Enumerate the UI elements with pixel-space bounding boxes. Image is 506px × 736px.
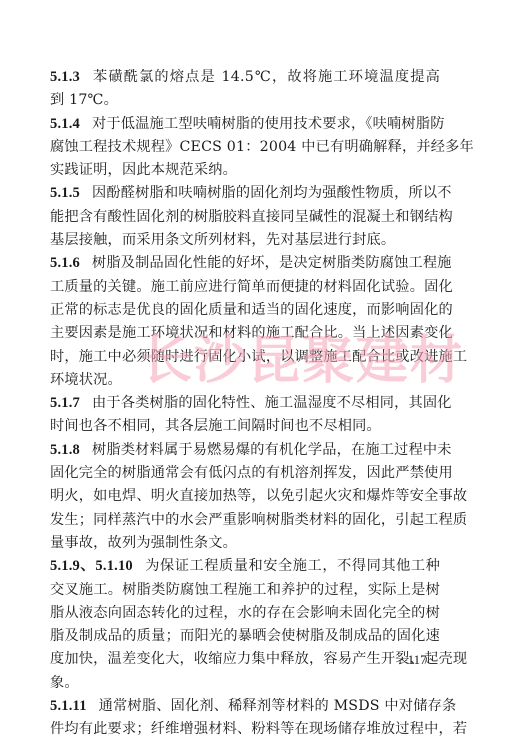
line-text: 交叉施工。树脂类防腐蚀工程施工和养护的过程，实际上是树 — [50, 582, 440, 598]
line-text: 件均有此要求；纤维增强材料、粉料等在现场储存堆放过程中，若 — [50, 721, 467, 736]
page-number: · 117 · — [400, 652, 434, 668]
text-line: 基层接触，而采用条文所列材料，先对基层进行封底。 — [50, 229, 440, 252]
line-text: 象。 — [50, 675, 79, 691]
text-line: 5.1.4对于低温施工型呋喃树脂的使用技术要求，《呋喃树脂防 — [50, 113, 440, 136]
clause-number: 5.1.7 — [50, 395, 80, 411]
text-line: 腐蚀工程技术规程》CECS 01：2004 中已有明确解释，并经多年 — [50, 136, 440, 159]
line-text: 为保证工程质量和安全施工，不得同其他工种 — [145, 558, 440, 574]
text-line: 实践证明，因此本规范采纳。 — [50, 159, 440, 182]
line-text: 时，施工中必须随时进行固化小试，以调整施工配合比或改进施工 — [50, 349, 467, 365]
line-text: 对于低温施工型呋喃树脂的使用技术要求，《呋喃树脂防 — [92, 116, 445, 132]
text-line: 固化完全的树脂通常会有低闪点的有机溶剂挥发，因此严禁使用 — [50, 462, 440, 485]
text-line: 发生；同样蒸汽中的水会严重影响树脂类材料的固化，引起工程质 — [50, 509, 440, 532]
text-line: 象。 — [50, 672, 440, 695]
text-line: 度加快，温差变化大，收缩应力集中释放，容易产生开裂、起壳现 — [50, 648, 440, 671]
text-line: 5.1.5因酚醛树脂和呋喃树脂的固化剂均为强酸性物质，所以不 — [50, 182, 440, 205]
line-text: 苯磺酰氯的熔点是 14.5℃，故将施工环境温度提高 — [92, 69, 440, 85]
clause-number: 5.1.5 — [50, 185, 80, 201]
line-text: 通常树脂、固化剂、稀释剂等材料的 MSDS 中对储存条 — [99, 698, 457, 714]
line-text: 树脂类材料属于易燃易爆的有机化学品，在施工过程中未 — [92, 442, 452, 458]
line-text: 发生；同样蒸汽中的水会严重影响树脂类材料的固化，引起工程质 — [50, 512, 467, 528]
text-line: 5.1.6树脂及制品固化性能的好坏，是决定树脂类防腐蚀工程施 — [50, 252, 440, 275]
text-line: 正常的标志是优良的固化质量和适当的固化速度，而影响固化的 — [50, 299, 440, 322]
text-line: 环境状况。 — [50, 369, 440, 392]
line-text: 主要因素是施工环境状况和材料的施工配合比。当上述因素变化 — [50, 325, 453, 341]
line-text: 工质量的关键。施工前应进行简单而便捷的材料固化试验。固化 — [50, 279, 453, 295]
clause-number: 5.1.8 — [50, 442, 80, 458]
line-text: 实践证明，因此本规范采纳。 — [50, 162, 237, 178]
line-text: 脂从液态向固态转化的过程，水的存在会影响未固化完全的树 — [50, 605, 440, 621]
text-line: 工质量的关键。施工前应进行简单而便捷的材料固化试验。固化 — [50, 276, 440, 299]
text-line: 时，施工中必须随时进行固化小试，以调整施工配合比或改进施工 — [50, 346, 440, 369]
clause-number: 5.1.9、5.1.10 — [50, 558, 133, 574]
clause-number: 5.1.4 — [50, 116, 80, 132]
line-text: 时间也各不相同，其各层施工间隔时间也不尽相同。 — [50, 418, 381, 434]
line-text: 固化完全的树脂通常会有低闪点的有机溶剂挥发，因此严禁使用 — [50, 465, 453, 481]
clause-number: 5.1.6 — [50, 255, 80, 271]
text-line: 5.1.9、5.1.10为保证工程质量和安全施工，不得同其他工种 — [50, 555, 440, 578]
line-text: 由于各类树脂的固化特性、施工温湿度不尽相同，其固化 — [92, 395, 452, 411]
line-text: 明火，如电焊、明火直接加热等，以免引起火灾和爆炸等安全事故 — [50, 488, 467, 504]
line-text: 环境状况。 — [50, 372, 122, 388]
line-text: 量事故，故列为强制性条文。 — [50, 535, 237, 551]
text-line: 5.1.7由于各类树脂的固化特性、施工温湿度不尽相同，其固化 — [50, 392, 440, 415]
clause-number: 5.1.11 — [50, 698, 87, 714]
line-text: 能把含有酸性固化剂的树脂胶料直接同呈碱性的混凝土和钢结构 — [50, 209, 453, 225]
text-line: 5.1.3苯磺酰氯的熔点是 14.5℃，故将施工环境温度提高 — [50, 66, 440, 89]
line-text: 因酚醛树脂和呋喃树脂的固化剂均为强酸性物质，所以不 — [92, 185, 452, 201]
text-line: 时间也各不相同，其各层施工间隔时间也不尽相同。 — [50, 415, 440, 438]
line-text: 脂及制成品的质量；而阳光的暴晒会使树脂及制成品的固化速 — [50, 628, 440, 644]
text-line: 5.1.8树脂类材料属于易燃易爆的有机化学品，在施工过程中未 — [50, 439, 440, 462]
text-line: 能把含有酸性固化剂的树脂胶料直接同呈碱性的混凝土和钢结构 — [50, 206, 440, 229]
line-text: 树脂及制品固化性能的好坏，是决定树脂类防腐蚀工程施 — [92, 255, 452, 271]
text-line: 件均有此要求；纤维增强材料、粉料等在现场储存堆放过程中，若 — [50, 718, 440, 736]
text-line: 明火，如电焊、明火直接加热等，以免引起火灾和爆炸等安全事故 — [50, 485, 440, 508]
line-text: 正常的标志是优良的固化质量和适当的固化速度，而影响固化的 — [50, 302, 453, 318]
clause-number: 5.1.3 — [50, 69, 80, 85]
text-line: 脂从液态向固态转化的过程，水的存在会影响未固化完全的树 — [50, 602, 440, 625]
text-line: 交叉施工。树脂类防腐蚀工程施工和养护的过程，实际上是树 — [50, 579, 440, 602]
text-line: 量事故，故列为强制性条文。 — [50, 532, 440, 555]
text-line: 主要因素是施工环境状况和材料的施工配合比。当上述因素变化 — [50, 322, 440, 345]
line-text: 到 17℃。 — [50, 92, 118, 108]
document-body: 5.1.3苯磺酰氯的熔点是 14.5℃，故将施工环境温度提高到 17℃。5.1.… — [50, 66, 440, 736]
line-text: 腐蚀工程技术规程》CECS 01：2004 中已有明确解释，并经多年 — [50, 139, 474, 155]
text-line: 到 17℃。 — [50, 89, 440, 112]
text-line: 5.1.11通常树脂、固化剂、稀释剂等材料的 MSDS 中对储存条 — [50, 695, 440, 718]
line-text: 基层接触，而采用条文所列材料，先对基层进行封底。 — [50, 232, 395, 248]
text-line: 脂及制成品的质量；而阳光的暴晒会使树脂及制成品的固化速 — [50, 625, 440, 648]
